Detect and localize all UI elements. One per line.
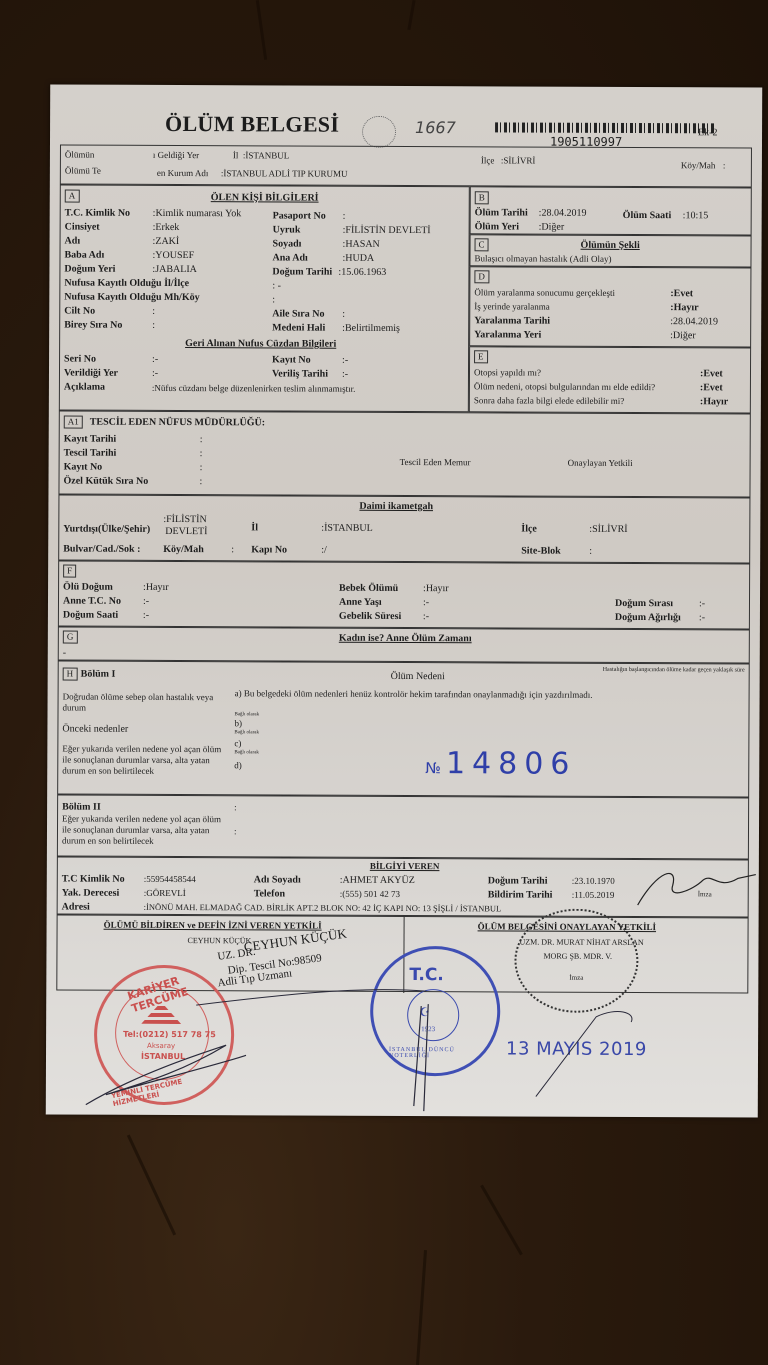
section-h: H Bölüm I Ölüm Nedeni Hastalığın başlang…	[57, 660, 750, 797]
dogum-agirligi-label: Doğum Ağırlığı	[615, 612, 681, 623]
bv-adres-label: Adresi	[62, 902, 90, 913]
verilis-label: Veriliş Tarihi	[272, 368, 328, 379]
serial-prefix: №	[425, 759, 441, 777]
cinsiyet-value: :Erkek	[153, 222, 180, 233]
olu-dogum-label: Ölü Doğum	[63, 582, 113, 593]
baba-value: :YOUSEF	[152, 250, 194, 261]
bolum-2-label: Bölüm II	[62, 802, 101, 813]
section-f: F Ölü Doğum :Hayır Bebek Ölümü :Hayır An…	[58, 560, 750, 629]
cinsiyet-label: Cinsiyet	[65, 222, 100, 233]
ozel-kutuk-value: :	[199, 476, 202, 487]
section-e: E Otopsi yapıldı mı? :Evet Ölüm nedeni, …	[469, 346, 751, 413]
section-a1-title: TESCİL EDEN NÜFUS MÜDÜRLÜĞÜ:	[90, 417, 265, 429]
birey-value: :	[152, 320, 155, 331]
pasaport-value: :	[343, 211, 346, 222]
kayit-label: Kayıt No	[272, 354, 311, 365]
is-yeri-label: İş yerinde yaralanma	[474, 301, 550, 311]
neden-c-text: c)	[234, 738, 241, 748]
uyruk-label: Uyruk	[273, 224, 301, 235]
kayit-no-value: :	[200, 462, 203, 473]
cilt-label: Cilt No	[64, 306, 95, 317]
dogum-saati-value: :-	[143, 610, 149, 621]
bv-ad-label: Adı Soyadı	[254, 874, 301, 885]
dogum-tarihi-value: :15.06.1963	[338, 267, 386, 278]
blue-stamp-top: T.C.	[409, 965, 444, 985]
is-yeri-value: :Hayır	[670, 302, 698, 313]
header-institution: :İSTANBUL ADLİ TIP KURUMU	[221, 168, 348, 179]
header-row1-label: ı Geldiği Yer	[153, 150, 199, 160]
header-row2-label: en Kurum Adı	[157, 168, 209, 178]
bv-tel-label: Telefon	[254, 888, 285, 899]
dogum-tarihi-label: Doğum Tarihi	[272, 266, 332, 277]
olu-dogum-value: :Hayır	[143, 582, 169, 593]
yaralanma-yeri-value: :Diğer	[670, 330, 696, 341]
ikamet-ilce-label: İlçe	[521, 524, 537, 535]
bv-adres-value: :İNÖNÜ MAH. ELMADAĞ CAD. BİRLİK APT.2 BL…	[144, 902, 502, 914]
header-row1-left: Ölümün	[65, 150, 95, 160]
dogum-yeri-label: Doğum Yeri	[64, 264, 115, 275]
neden-a-text: a) Bu belgedeki ölüm nedenleri henüz kon…	[235, 688, 595, 701]
site-blok-label: Site-Blok	[521, 546, 561, 557]
onaylayan-yetkili-label: Onaylayan Yetkili	[568, 458, 633, 468]
hastalik-sure-note: Hastalığın başlangıcından ölüme kadar ge…	[601, 666, 747, 675]
kapi-no-value: :/	[321, 545, 327, 556]
bebek-olumu-value: :Hayır	[423, 583, 449, 594]
otopsi-bulgu-value: :Evet	[700, 382, 723, 393]
tescil-tarihi-label: Tescil Tarihi	[64, 448, 117, 459]
informant-signature-icon	[618, 860, 758, 911]
fazla-bilgi-value: :Hayır	[700, 396, 728, 407]
header-block: Ölümün ı Geldiği Yer İl :İSTANBUL İlçe :…	[60, 144, 752, 187]
handwritten-number: 1667	[415, 118, 456, 137]
section-b: B Ölüm Tarihi :28.04.2019 Ölüm Saati :10…	[470, 186, 752, 235]
bv-bildirim-value: :11.05.2019	[572, 890, 615, 900]
olum-yeri-label: Ölüm Yeri	[475, 221, 519, 232]
section-h-code: H	[63, 668, 78, 681]
ozel-kutuk-label: Özel Kütük Sıra No	[63, 476, 148, 487]
bilgi-veren-section: BİLGİYİ VEREN T.C Kimlik No :55954458544…	[57, 856, 749, 917]
header-il-value: :İSTANBUL	[243, 150, 289, 160]
tc-value: :Kimlik numarası Yok	[153, 208, 242, 219]
verildigi-value: :-	[152, 368, 158, 379]
aile-value: :	[342, 309, 345, 320]
dogum-agirligi-value: :-	[699, 612, 705, 623]
anne-yasi-value: :-	[423, 597, 429, 608]
cilt-value: :	[152, 306, 155, 317]
site-blok-value: :	[589, 546, 592, 557]
bagli-olarak-1: Bağlı olarak	[234, 712, 259, 717]
bv-dogum-label: Doğum Tarihi	[488, 875, 548, 886]
yaralanma-tarihi-label: Yaralanma Tarihi	[474, 315, 550, 326]
yaralanma-tarihi-value: :28.04.2019	[670, 316, 718, 327]
gebelik-label: Gebelik Süresi	[339, 611, 401, 622]
soyadi-value: :HASAN	[343, 239, 380, 250]
pasaport-label: Pasaport No	[273, 210, 326, 221]
birey-label: Birey Sıra No	[64, 320, 122, 331]
section-g-code: G	[63, 631, 78, 644]
header-row2-left: Ölümü Te	[65, 166, 101, 176]
bv-tc-value: :55954458544	[144, 874, 196, 884]
section-g-title: Kadın ise? Anne Ölüm Zamanı	[339, 633, 472, 645]
section-d-code: D	[474, 270, 489, 283]
barcode-icon	[495, 122, 715, 133]
serial-number: 14806	[446, 746, 577, 782]
seri-label: Seri No	[64, 354, 96, 365]
bebek-olumu-label: Bebek Ölümü	[339, 583, 398, 594]
alta-yatan-label: Eğer yukarıda verilen nedene yol açan öl…	[62, 744, 228, 778]
section-a-code: A	[65, 190, 80, 203]
tescil-tarihi-value: :	[200, 448, 203, 459]
document-title: ÖLÜM BELGESİ	[165, 111, 339, 138]
anne-tc-label: Anne T.C. No	[63, 596, 121, 607]
baba-label: Baba Adı	[64, 250, 104, 261]
adi-label: Adı	[65, 236, 81, 247]
section-f-code: F	[63, 565, 76, 578]
bulvar-label: Bulvar/Cad./Sok :	[63, 544, 140, 555]
otopsi-value: :Evet	[700, 368, 723, 379]
ana-label: Ana Adı	[272, 252, 307, 263]
verilis-value: :-	[342, 369, 348, 380]
bagli-olarak-3: Bağlı olarak	[234, 750, 259, 755]
yurtdisi-value-2: DEVLETİ	[165, 526, 207, 537]
soyadi-label: Soyadı	[273, 238, 302, 249]
medeni-label: Medeni Hali	[272, 322, 325, 333]
dogum-sirasi-value: :-	[699, 598, 705, 609]
serial-number-stamp: № 14806	[425, 746, 576, 782]
ikamet-ilce-value: :SİLİVRİ	[589, 524, 627, 535]
dogum-yeri-value: :JABALIA	[152, 264, 197, 275]
signatures-overlay-icon	[76, 985, 637, 1127]
kayit-tarihi-value: :	[200, 434, 203, 445]
left-official-title: ÖLÜMÜ BİLDİREN ve DEFİN İZNİ VEREN YETKİ…	[104, 920, 322, 931]
section-a1-code: A1	[64, 416, 83, 429]
neden-b-text: b)	[234, 718, 242, 728]
dogum-sirasi-label: Doğum Sırası	[615, 598, 673, 609]
section-a: A ÖLEN KİŞİ BİLGİLERİ T.C. Kimlik No :Ki…	[59, 184, 470, 412]
bolum-2-value-1: :	[234, 802, 237, 812]
nufus-mh-value: :	[272, 294, 275, 305]
bolum-2-section: Bölüm II Eğer yukarıda verilen nedene yo…	[57, 794, 749, 859]
uyruk-value: :FİLİSTİN DEVLETİ	[343, 225, 431, 236]
medeni-value: :Belirtilmemiş	[342, 323, 400, 334]
section-c: C Ölümün Şekli Bulaşıcı olmayan hastalık…	[469, 234, 751, 267]
section-a1: A1 TESCİL EDEN NÜFUS MÜDÜRLÜĞÜ: Kayıt Ta…	[58, 410, 750, 497]
otopsi-label: Otopsi yapıldı mı?	[474, 367, 541, 377]
yurtdisi-label: Yurtdışı(Ülke/Şehir)	[63, 524, 150, 535]
olum-nedeni-label: Ölüm Nedeni	[391, 671, 445, 682]
bilgi-veren-title: BİLGİYİ VEREN	[370, 861, 440, 871]
aciklama-value: :Nüfus cüzdanı belge düzenlenirken tesli…	[152, 383, 355, 394]
header-ilce-value: :SİLİVRİ	[501, 155, 536, 165]
olum-tarihi-label: Ölüm Tarihi	[475, 207, 528, 218]
ministry-emblem-icon	[362, 116, 396, 148]
olum-saati-value: :10:15	[683, 210, 709, 221]
bolum-1-label: Bölüm I	[81, 669, 116, 680]
nufus-mh-label: Nufusa Kayıtlı Olduğu Mh/Köy	[64, 292, 199, 304]
form-code: Ek-2	[698, 127, 718, 138]
section-b-code: B	[475, 191, 489, 204]
bv-bildirim-label: Bildirim Tarihi	[488, 889, 553, 900]
aciklama-label: Açıklama	[64, 382, 105, 393]
nufus-il-label: Nufusa Kayıtlı Olduğu İl/İlçe	[64, 278, 189, 290]
kayit-value: :-	[342, 355, 348, 366]
dogrudan-neden-label: Doğrudan ölüme sebep olan hastalık veya …	[63, 692, 223, 715]
header-ilce-label: İlçe	[481, 155, 495, 165]
bolum-2-value-2: :	[234, 826, 237, 836]
anne-tc-value: :-	[143, 596, 149, 607]
nufus-il-value: : -	[272, 280, 281, 291]
ikametgah-title: Daimi ikametgah	[359, 501, 433, 512]
section-g-value: -	[63, 648, 66, 659]
header-il-label: İl	[233, 150, 239, 160]
verildigi-label: Verildiği Yer	[64, 368, 118, 379]
otopsi-bulgu-label: Ölüm nedeni, otopsi bulgularından mı eld…	[474, 381, 655, 392]
seri-value: :-	[152, 354, 158, 365]
yaralanma-sonucu-value: :Evet	[670, 288, 693, 299]
section-d: D Ölüm yaralanma sonucumu gerçekleşti :E…	[469, 266, 751, 347]
header-koy-label: Köy/Mah	[681, 160, 716, 170]
yaralanma-yeri-label: Yaralanma Yeri	[474, 329, 541, 340]
olum-sekli-value: Bulaşıcı olmayan hastalık (Adli Olay)	[474, 253, 611, 264]
section-c-title: Ölümün Şekli	[581, 240, 640, 251]
yurtdisi-value-1: :FİLİSTİN	[163, 514, 206, 525]
bv-dogum-value: :23.10.1970	[572, 876, 615, 886]
cuzdan-title: Geri Alınan Nufus Cüzdan Bilgileri	[185, 338, 336, 350]
fazla-bilgi-label: Sonra daha fazla bilgi elede edilebilir …	[474, 395, 624, 406]
adi-value: :ZAKİ	[153, 236, 180, 247]
kayit-no-label: Kayıt No	[64, 462, 103, 473]
onceki-nedenler-label: Önceki nedenler	[62, 724, 128, 735]
section-g: G Kadın ise? Anne Ölüm Zamanı -	[58, 626, 750, 663]
death-certificate: ÖLÜM BELGESİ 1667 1905110997 Ek-2 Ölümün…	[46, 84, 762, 1117]
olum-saati-label: Ölüm Saati	[623, 210, 672, 221]
ikamet-koy-value: :	[231, 544, 234, 555]
header-koy-value: :	[723, 160, 726, 170]
bv-yak-value: :GÖREVLİ	[144, 888, 186, 898]
ikamet-il-value: :İSTANBUL	[321, 523, 372, 534]
olum-tarihi-value: :28.04.2019	[539, 208, 587, 219]
left-official-name: CEYHUN KÜÇÜK	[187, 936, 251, 945]
kapi-no-label: Kapı No	[251, 544, 287, 555]
bv-tel-value: :(555) 501 42 73	[340, 889, 400, 899]
neden-d-text: d)	[234, 760, 242, 770]
ana-value: :HUDA	[342, 253, 374, 264]
section-a-title: ÖLEN KİŞİ BİLGİLERİ	[211, 192, 319, 203]
section-e-code: E	[474, 350, 488, 363]
kayit-tarihi-label: Kayıt Tarihi	[64, 434, 117, 445]
tescil-memur-label: Tescil Eden Memur	[400, 457, 471, 467]
gebelik-value: :-	[423, 611, 429, 622]
tc-label: T.C. Kimlik No	[65, 208, 130, 219]
bagli-olarak-2: Bağlı olarak	[234, 730, 259, 735]
olum-yeri-value: :Diğer	[539, 222, 565, 233]
yaralanma-sonucu-label: Ölüm yaralanma sonucumu gerçekleşti	[474, 287, 615, 298]
ikametgah-section: Daimi ikametgah Yurtdışı(Ülke/Şehir) :Fİ…	[58, 494, 750, 563]
dogum-saati-label: Doğum Saati	[63, 610, 118, 621]
bolum-2-desc: Eğer yukarıda verilen nedene yol açan öl…	[62, 814, 228, 848]
bv-ad-value: :AHMET AKYÜZ	[340, 875, 415, 886]
bv-tc-label: T.C Kimlik No	[62, 874, 125, 885]
ikamet-il-label: İl	[251, 522, 258, 533]
anne-yasi-label: Anne Yaşı	[339, 597, 382, 608]
bv-yak-label: Yak. Derecesi	[62, 888, 120, 899]
aile-label: Aile Sıra No	[272, 308, 324, 319]
section-c-code: C	[475, 238, 489, 251]
ikamet-koy-label: Köy/Mah	[163, 544, 204, 555]
